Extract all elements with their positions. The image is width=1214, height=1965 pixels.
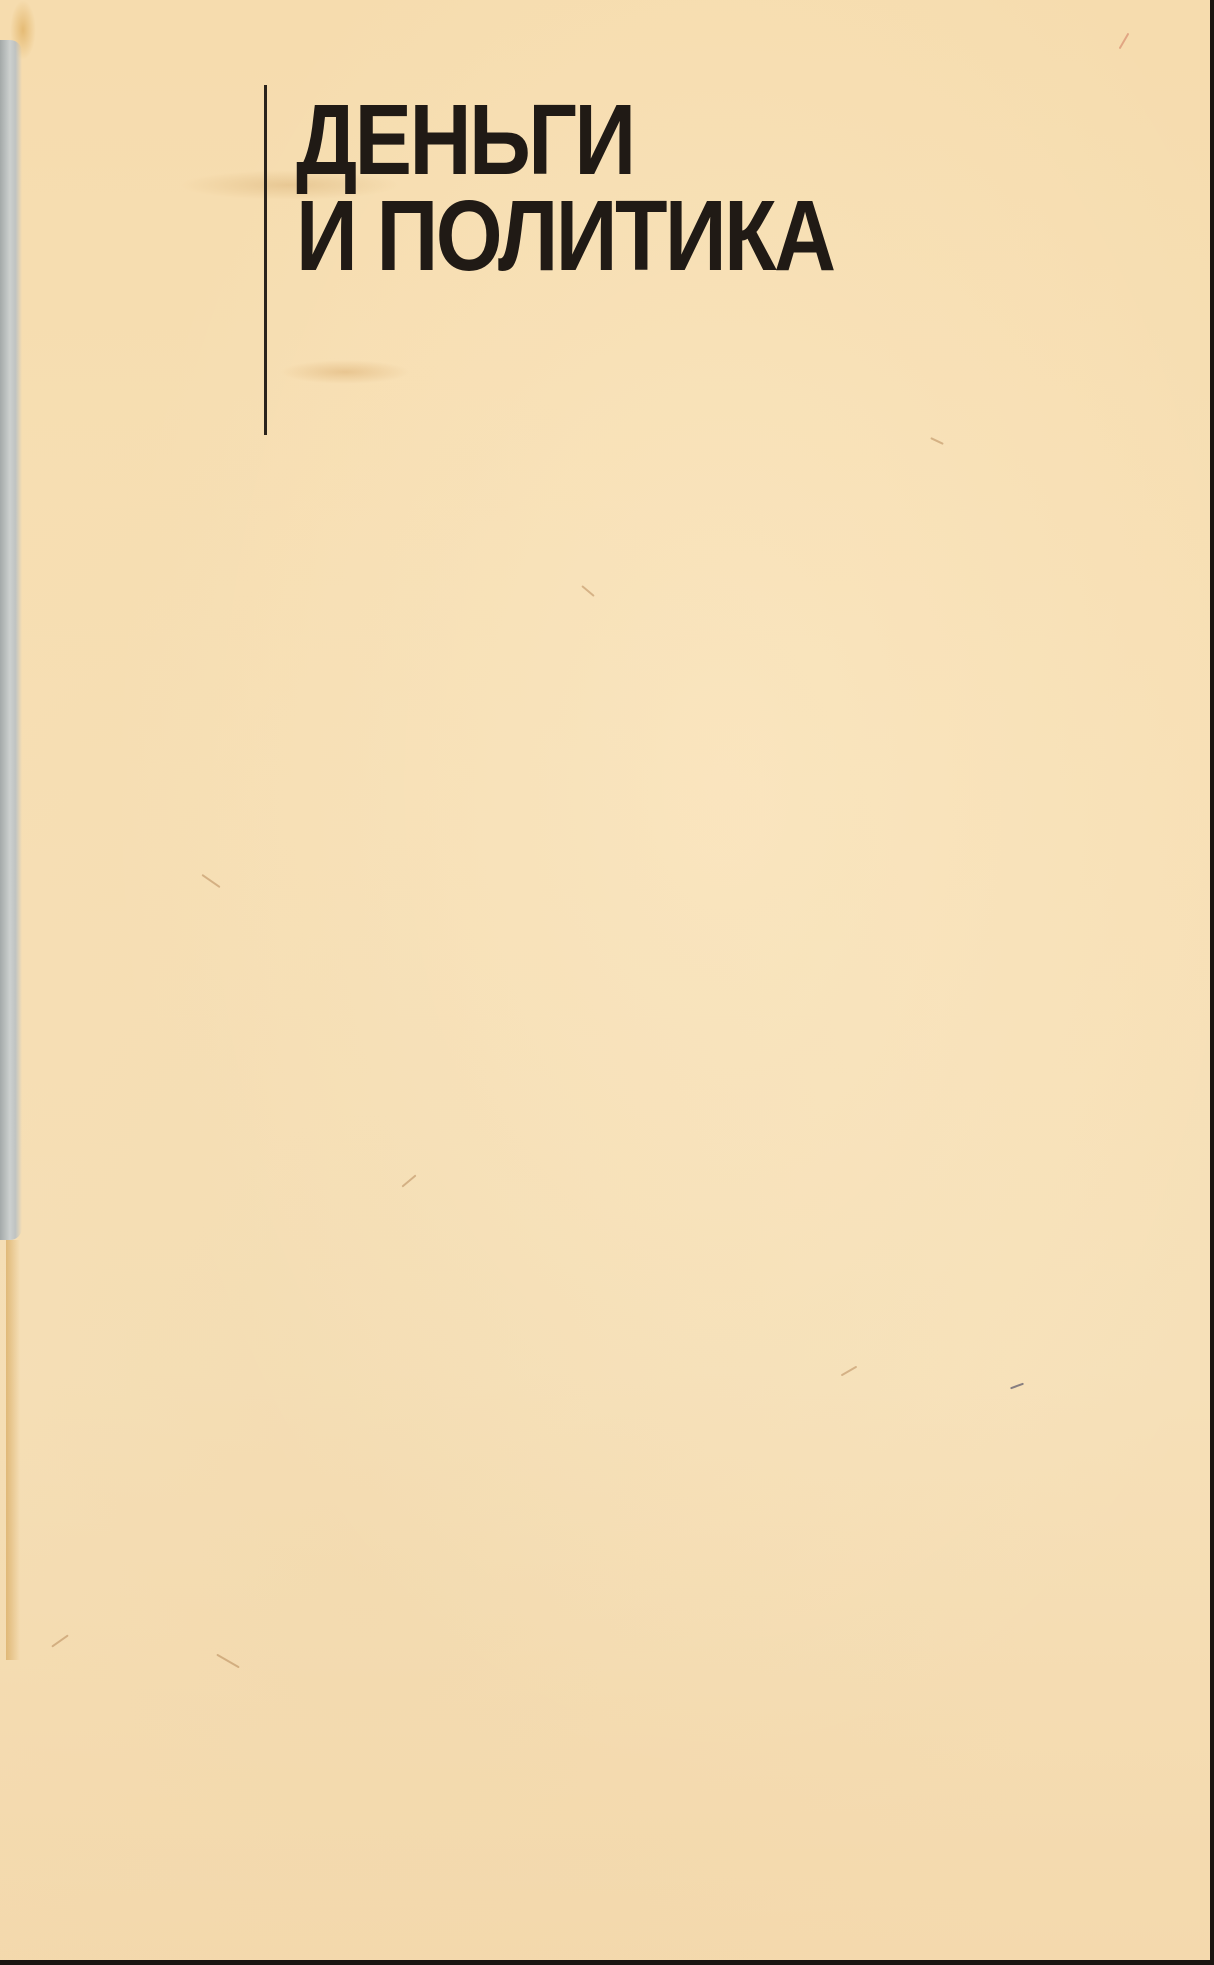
paper-fiber xyxy=(201,874,220,888)
title-line-1: ДЕНЬГИ xyxy=(296,92,834,188)
paper-fiber xyxy=(216,1654,240,1669)
paper-fiber xyxy=(1119,33,1130,50)
paper-fiber xyxy=(841,1366,858,1377)
paper-fiber xyxy=(1010,1383,1024,1390)
scan-border xyxy=(0,1960,1214,1965)
book-title: ДЕНЬГИ И ПОЛИТИКА xyxy=(296,92,834,284)
torn-spine-edge xyxy=(0,40,22,1240)
stain-mark xyxy=(280,360,410,384)
paper-fiber xyxy=(51,1634,69,1647)
book-cover: ДЕНЬГИ И ПОЛИТИКА xyxy=(0,0,1210,1960)
paper-fiber xyxy=(401,1174,416,1187)
stain-mark xyxy=(6,1240,20,1660)
scan-border xyxy=(1210,0,1214,1965)
vertical-rule xyxy=(264,85,267,435)
paper-fiber xyxy=(581,585,595,597)
title-line-2: И ПОЛИТИКА xyxy=(296,188,834,284)
paper-fiber xyxy=(930,437,944,445)
